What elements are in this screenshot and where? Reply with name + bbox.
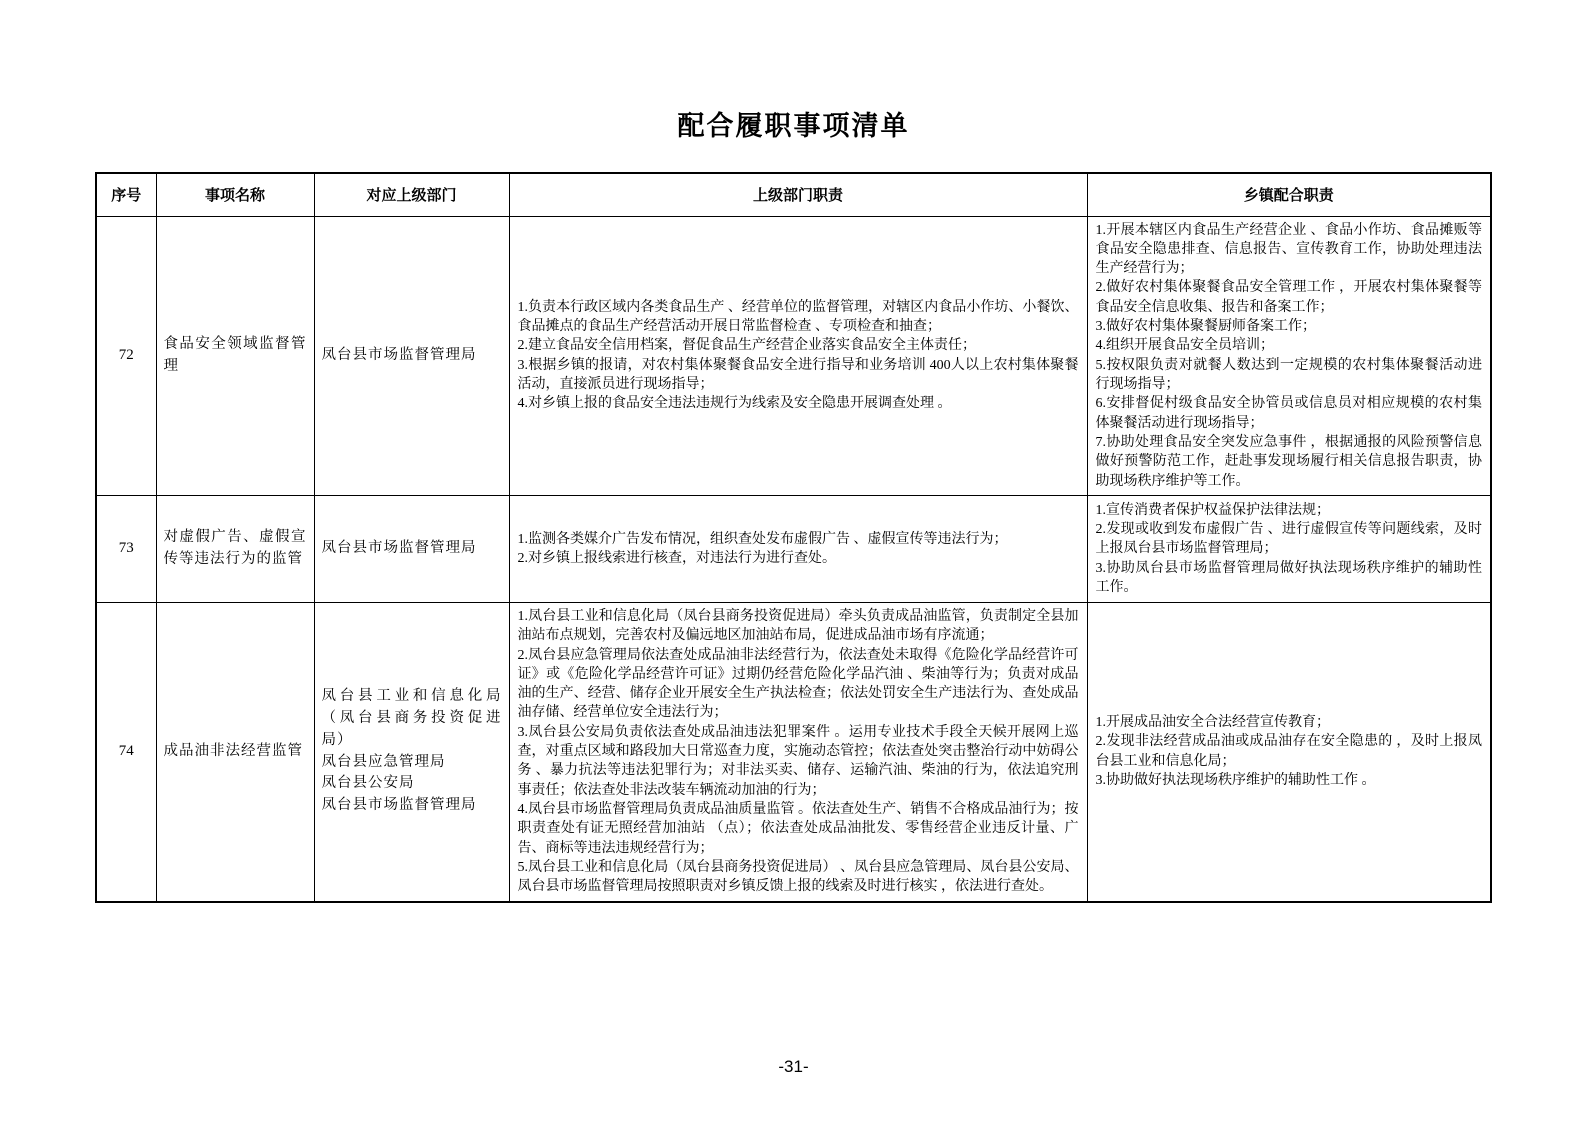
cell-superior-duties: 1.凤台县工业和信息化局（凤台县商务投资促进局）牵头负责成品油监管，负责制定全县… [509,602,1087,901]
header-superior-department: 对应上级部门 [314,173,509,216]
duty-table: 序号 事项名称 对应上级部门 上级部门职责 乡镇配合职责 72 食品安全领域监督… [95,172,1492,903]
cell-township-duties: 1.开展本辖区内食品生产经营企业 、食品小作坊、食品摊贩等食品安全隐患排查、信息… [1087,216,1491,495]
cell-superior-department: 凤台县市场监督管理局 [314,216,509,495]
table-header-row: 序号 事项名称 对应上级部门 上级部门职责 乡镇配合职责 [96,173,1491,216]
header-item-name: 事项名称 [156,173,314,216]
cell-serial-number: 74 [96,602,156,901]
cell-item-name: 成品油非法经营监管 [156,602,314,901]
table-row: 74 成品油非法经营监管 凤台县工业和信息化局（凤台县商务投资促进局） 凤台县应… [96,602,1491,901]
header-serial-number: 序号 [96,173,156,216]
page-title: 配合履职事项清单 [0,104,1587,143]
cell-serial-number: 73 [96,495,156,602]
cell-township-duties: 1.宣传消费者保护权益保护法律法规； 2.发现或收到发布虚假广告 、进行虚假宣传… [1087,495,1491,602]
header-superior-duties: 上级部门职责 [509,173,1087,216]
table-row: 72 食品安全领域监督管理 凤台县市场监督管理局 1.负责本行政区域内各类食品生… [96,216,1491,495]
cell-superior-department: 凤台县市场监督管理局 [314,495,509,602]
cell-superior-duties: 1.负责本行政区域内各类食品生产 、经营单位的监督管理，对辖区内食品小作坊、小餐… [509,216,1087,495]
cell-item-name: 食品安全领域监督管理 [156,216,314,495]
page-number: -31- [0,1057,1587,1077]
cell-superior-department: 凤台县工业和信息化局（凤台县商务投资促进局） 凤台县应急管理局 凤台县公安局 凤… [314,602,509,901]
cell-superior-duties: 1.监测各类媒介广告发布情况，组织查处发布虚假广告 、虚假宣传等违法行为； 2.… [509,495,1087,602]
table-row: 73 对虚假广告、虚假宣传等违法行为的监管 凤台县市场监督管理局 1.监测各类媒… [96,495,1491,602]
cell-township-duties: 1.开展成品油安全合法经营宣传教育； 2.发现非法经营成品油或成品油存在安全隐患… [1087,602,1491,901]
cell-serial-number: 72 [96,216,156,495]
cell-item-name: 对虚假广告、虚假宣传等违法行为的监管 [156,495,314,602]
header-township-duties: 乡镇配合职责 [1087,173,1491,216]
